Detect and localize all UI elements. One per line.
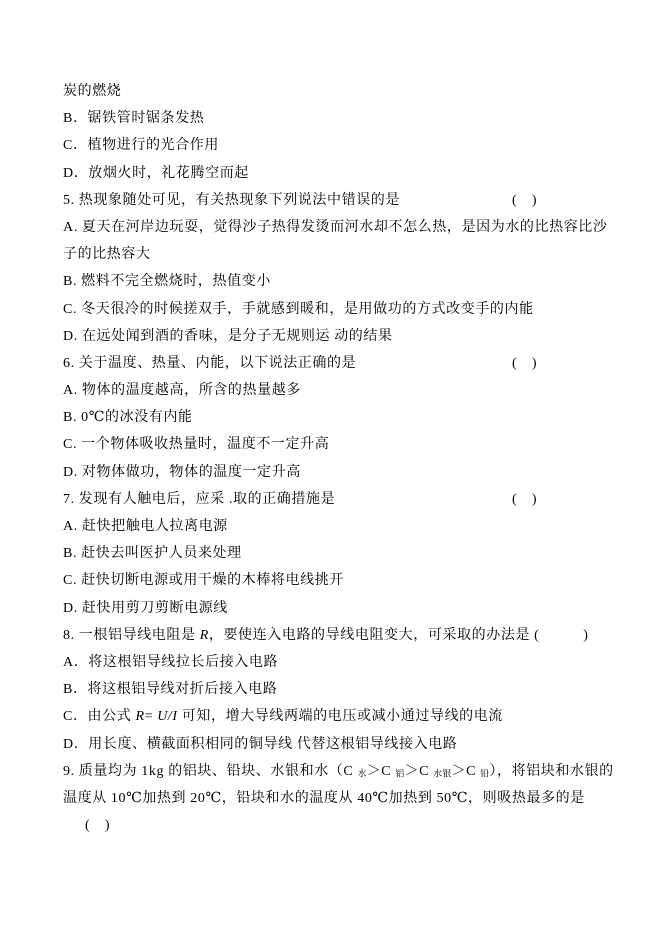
text-run: ＞C xyxy=(452,764,481,779)
text-run: D．放烟火时，礼花腾空而起 xyxy=(63,166,249,181)
answer-bracket: ( ) xyxy=(512,350,537,377)
text-run: 9. 质量均为 1kg 的铝块、铅块、水银和水（C xyxy=(63,764,357,779)
answer-bracket: ( ) xyxy=(512,187,537,214)
text-run: 可知，增大导线两端的电压或减小通过导线的电流 xyxy=(178,709,503,724)
question-7-option-b: B. 赶快去叫医护人员来处理 xyxy=(63,540,623,567)
text-run: ，要使连入电路的导线电阻变大，可采取的办法是 ( ) xyxy=(209,628,589,643)
answer-bracket: ( ) xyxy=(512,486,537,513)
text-run: B. 0℃的冰没有内能 xyxy=(63,410,193,425)
question-8-stem: 8. 一根铝导线电阻是 R，要使连入电路的导线电阻变大，可采取的办法是 ( ) xyxy=(63,622,623,649)
question-9-stem: 9. 质量均为 1kg 的铝块、铅块、水银和水（C 水＞C 铝＞C 水银＞C 铅… xyxy=(63,758,623,785)
subscript-text: 水 xyxy=(357,768,366,778)
text-run: C. 一个物体吸收热量时，温度不一定升高 xyxy=(63,437,329,452)
text-run: C. 赶快切断电源或用干燥的木棒将电线挑开 xyxy=(63,573,344,588)
text-run: B. 赶快去叫医护人员来处理 xyxy=(63,546,242,561)
question-5-option-b: B. 燃料不完全燃烧时，热值变小 xyxy=(63,268,623,295)
math-variable: U/I xyxy=(157,709,177,724)
document-body: 炭的燃烧B．锯铁管时锯条发热C．植物进行的光合作用D．放烟火时，礼花腾空而起5.… xyxy=(63,78,623,839)
question-5-stem: 5. 热现象随处可见，有关热现象下列说法中错误的是( ) xyxy=(63,187,623,214)
text-run: B．锯铁管时锯条发热 xyxy=(63,111,204,126)
question-7-option-c: C. 赶快切断电源或用干燥的木棒将电线挑开 xyxy=(63,567,623,594)
text-run: D. 对物体做功，物体的温度一定升高 xyxy=(63,465,301,480)
question-8-option-c: C．由公式 R= U/I 可知，增大导线两端的电压或减小通过导线的电流 xyxy=(63,703,623,730)
question-5-option-c: C. 冬天很冷的时候搓双手，手就感到暖和，是用做功的方式改变手的内能 xyxy=(63,296,623,323)
question-6-option-d: D. 对物体做功，物体的温度一定升高 xyxy=(63,459,623,486)
text-run: D. 赶快用剪刀剪断电源线 xyxy=(63,601,228,616)
text-run: 7. 发现有人触电后，应采 .取的正确措施是 xyxy=(63,492,335,507)
question-4-option-d: D．放烟火时，礼花腾空而起 xyxy=(63,160,623,187)
text-run: A. 赶快把触电人拉离电源 xyxy=(63,519,228,534)
text-run: D. 在远处闻到酒的香味，是分子无规则运 动的结果 xyxy=(63,329,393,344)
text-run: ＞C xyxy=(367,764,396,779)
question-5-option-d: D. 在远处闻到酒的香味，是分子无规则运 动的结果 xyxy=(63,323,623,350)
text-run: A. 物体的温度越高，所含的热量越多 xyxy=(63,383,301,398)
question-4-option-a-wrap: 炭的燃烧 xyxy=(63,78,623,105)
text-run: 6. 关于温度、热量、内能，以下说法正确的是 xyxy=(63,356,356,371)
question-9-stem-line-2: 温度从 10℃加热到 20℃，铅块和水的温度从 40℃加热到 50℃，则吸热最多… xyxy=(63,785,623,812)
text-run: C．植物进行的光合作用 xyxy=(63,138,219,153)
text-run: B．将这根铝导线对折后接入电路 xyxy=(63,682,277,697)
question-7-option-a: A. 赶快把触电人拉离电源 xyxy=(63,513,623,540)
text-run: 子的比热容大 xyxy=(63,247,151,262)
question-9-answer-bracket: ( ) xyxy=(63,812,623,839)
text-run: D．用长度、横截面积相同的铜导线 代替这根铝导线接入电路 xyxy=(63,737,457,752)
document-page: 炭的燃烧B．锯铁管时锯条发热C．植物进行的光合作用D．放烟火时，礼花腾空而起5.… xyxy=(0,0,661,935)
question-6-option-c: C. 一个物体吸收热量时，温度不一定升高 xyxy=(63,431,623,458)
text-run: C．由公式 xyxy=(63,709,135,724)
question-4-option-b: B．锯铁管时锯条发热 xyxy=(63,105,623,132)
text-run: 8. 一根铝导线电阻是 xyxy=(63,628,200,643)
question-7-stem: 7. 发现有人触电后，应采 .取的正确措施是( ) xyxy=(63,486,623,513)
question-8-option-d: D．用长度、横截面积相同的铜导线 代替这根铝导线接入电路 xyxy=(63,731,623,758)
text-run: = xyxy=(145,709,158,724)
text-run: B. 燃料不完全燃烧时，热值变小 xyxy=(63,274,271,289)
question-5-option-a-wrap: 子的比热容大 xyxy=(63,241,623,268)
question-6-option-a: A. 物体的温度越高，所含的热量越多 xyxy=(63,377,623,404)
question-8-option-a: A．将这根铝导线拉长后接入电路 xyxy=(63,649,623,676)
text-run: A. 夏天在河岸边玩耍，觉得沙子热得发烫而河水却不怎么热，是因为水的比热容比沙 xyxy=(63,220,608,235)
question-7-option-d: D. 赶快用剪刀剪断电源线 xyxy=(63,595,623,622)
math-variable: R xyxy=(200,628,209,643)
math-variable: R xyxy=(135,709,144,724)
text-run: ( ) xyxy=(85,818,110,833)
text-run: ＞C xyxy=(404,764,433,779)
text-run: 温度从 10℃加热到 20℃，铅块和水的温度从 40℃加热到 50℃，则吸热最多… xyxy=(63,791,585,806)
text-run: ），将铝块和水银的 xyxy=(489,764,613,779)
text-run: C. 冬天很冷的时候搓双手，手就感到暖和，是用做功的方式改变手的内能 xyxy=(63,302,534,317)
subscript-text: 水银 xyxy=(433,768,451,778)
question-8-option-b: B．将这根铝导线对折后接入电路 xyxy=(63,676,623,703)
question-5-option-a: A. 夏天在河岸边玩耍，觉得沙子热得发烫而河水却不怎么热，是因为水的比热容比沙 xyxy=(63,214,623,241)
text-run: 炭的燃烧 xyxy=(63,84,121,99)
question-6-option-b: B. 0℃的冰没有内能 xyxy=(63,404,623,431)
question-6-stem: 6. 关于温度、热量、内能，以下说法正确的是( ) xyxy=(63,350,623,377)
text-run: A．将这根铝导线拉长后接入电路 xyxy=(63,655,278,670)
text-run: 5. 热现象随处可见，有关热现象下列说法中错误的是 xyxy=(63,193,400,208)
subscript-text: 铅 xyxy=(480,768,489,778)
question-4-option-c: C．植物进行的光合作用 xyxy=(63,132,623,159)
